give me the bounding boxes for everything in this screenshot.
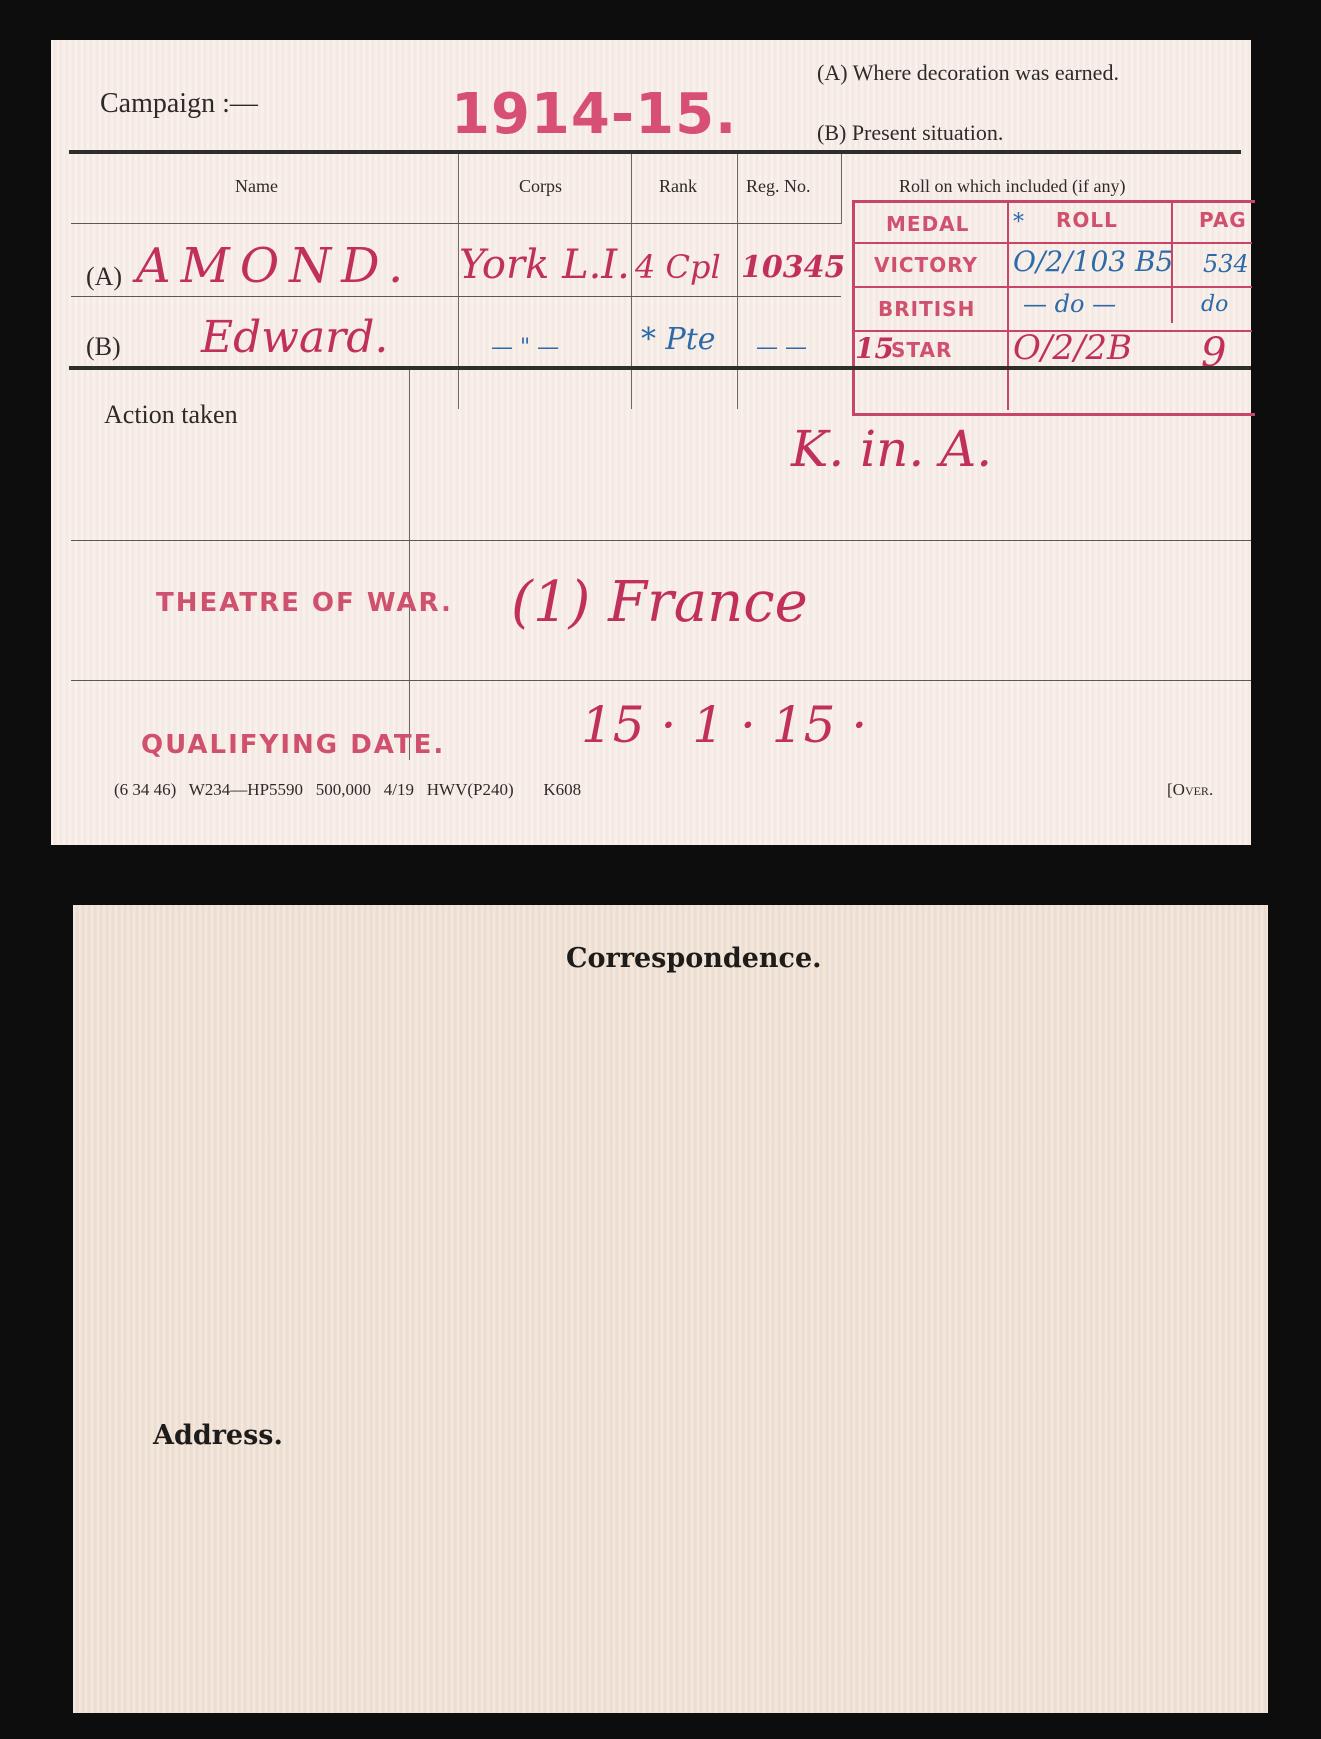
medal-index-card-back: Correspondence. Address. — [73, 905, 1268, 1713]
correspondence-heading: Correspondence. — [566, 943, 822, 974]
qualifying-date-label: QUALIFYING DATE. — [141, 730, 445, 760]
action-taken-value: K. in. A. — [791, 420, 992, 478]
surname: AMOND. — [136, 238, 413, 294]
col-header-reg-no: Reg. No. — [746, 176, 811, 197]
row-a-marker: (A) — [86, 262, 122, 292]
address-label: Address. — [153, 1420, 283, 1451]
reg-no-value: 10345 — [741, 250, 845, 285]
forename: Edward. — [201, 312, 388, 363]
stamp-row-line — [855, 286, 1252, 288]
col-header-rank: Rank — [659, 176, 697, 197]
stamp-divider — [1007, 203, 1009, 410]
star-mark: * — [1013, 210, 1024, 235]
divider-top — [69, 150, 1241, 154]
stamp-header-roll: ROLL — [1056, 208, 1118, 232]
corps-value: York L.I. — [459, 242, 630, 288]
stamp-header-medal: MEDAL — [886, 212, 969, 236]
col-header-roll: Roll on which included (if any) — [899, 176, 1125, 197]
roll-british: — do — — [1023, 290, 1116, 318]
col-divider — [841, 154, 842, 224]
stamp-row-line — [855, 242, 1252, 244]
reg-no-ditto: — — — [756, 335, 807, 360]
theatre-of-war-label: THEATRE OF WAR. — [156, 588, 453, 618]
col-divider — [631, 154, 632, 409]
section-divider — [409, 370, 410, 760]
roll-victory: O/2/103 B5 — [1013, 245, 1173, 278]
page-british: do — [1201, 292, 1228, 317]
theatre-of-war-value: (1) France — [511, 570, 808, 635]
roll-star: O/2/2B — [1013, 328, 1132, 368]
qualifying-date-value: 15 · 1 · 15 · — [581, 696, 867, 754]
note-where-earned: (A) Where decoration was earned. — [817, 60, 1119, 86]
medal-index-card-front: Campaign :— 1914-15. (A) Where decoratio… — [51, 40, 1251, 845]
col-header-name: Name — [235, 176, 278, 197]
over-label: [Over. — [1167, 780, 1213, 800]
print-code: (6 34 46) W234—HP5590 500,000 4/19 HWV(P… — [114, 780, 581, 800]
rank-value: 4 Cpl — [635, 248, 721, 286]
stamp-medal-british: BRITISH — [878, 297, 975, 321]
campaign-stamp: 1914-15. — [451, 82, 737, 147]
page-victory: 534 — [1203, 250, 1249, 278]
divider-names — [69, 366, 1251, 370]
row-separator — [71, 223, 841, 224]
col-header-corps: Corps — [519, 176, 562, 197]
row-separator — [71, 540, 1251, 541]
row-separator — [71, 296, 841, 297]
corps-ditto: — " — — [491, 335, 559, 360]
row-b-marker: (B) — [86, 332, 121, 362]
stamp-medal-star: STAR — [891, 338, 952, 362]
row-separator — [71, 680, 1251, 681]
note-present-situation: (B) Present situation. — [817, 120, 1003, 146]
col-divider — [737, 154, 738, 409]
campaign-label: Campaign :— — [100, 88, 258, 120]
star-prefix: 15 — [855, 332, 894, 365]
stamp-header-page: PAG — [1199, 208, 1247, 232]
rank-b-value: * Pte — [641, 322, 716, 357]
action-taken-label: Action taken — [104, 400, 238, 430]
stamp-medal-victory: VICTORY — [874, 253, 978, 277]
